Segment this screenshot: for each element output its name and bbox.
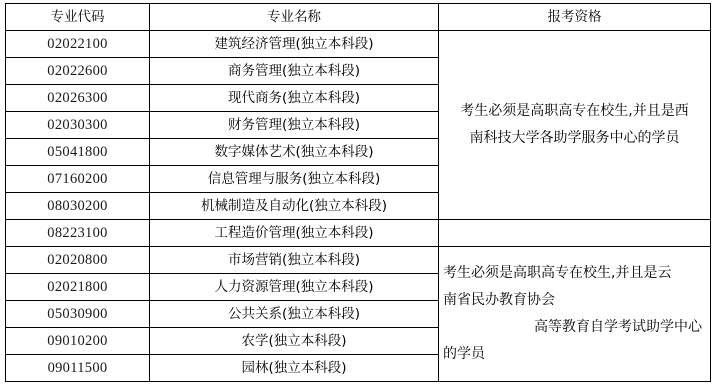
major-code: 08030200 (6, 193, 150, 220)
qualification-text: 南科技大学各助学服务中心的学员 (470, 130, 680, 146)
major-code: 05030900 (6, 301, 150, 328)
major-name: 人力资源管理(独立本科段) (150, 274, 439, 301)
qualification-text: 的学员 (443, 346, 485, 362)
table-row: 08223100 工程造价管理(独立本科段) (6, 220, 711, 247)
major-name: 市场营销(独立本科段) (150, 247, 439, 274)
major-name: 机械制造及自动化(独立本科段) (150, 193, 439, 220)
qualification-cell-3: 考生必须是高职高专在校生,并且是云 南省民办教育协会 高等教育自学考试助学中心 … (439, 247, 711, 382)
header-row: 专业代码 专业名称 报考资格 (6, 4, 711, 31)
major-name: 商务管理(独立本科段) (150, 58, 439, 85)
major-code: 07160200 (6, 166, 150, 193)
qualification-cell-2 (439, 220, 711, 247)
header-name: 专业名称 (150, 4, 439, 31)
major-name: 数字媒体艺术(独立本科段) (150, 139, 439, 166)
major-code: 09011500 (6, 355, 150, 382)
qualification-text: 考生必须是高职高专在校生,并且是西 (460, 103, 688, 119)
major-name: 工程造价管理(独立本科段) (150, 220, 439, 247)
header-qualification: 报考资格 (439, 4, 711, 31)
major-name: 公共关系(独立本科段) (150, 301, 439, 328)
table-row: 02020800 市场营销(独立本科段) 考生必须是高职高专在校生,并且是云 南… (6, 247, 711, 274)
major-qualification-table: 专业代码 专业名称 报考资格 02022100 建筑经济管理(独立本科段) 考生… (5, 3, 711, 382)
major-code: 02022100 (6, 31, 150, 58)
qualification-text: 高等教育自学考试助学中心 (443, 314, 706, 341)
major-code: 08223100 (6, 220, 150, 247)
major-code: 02021800 (6, 274, 150, 301)
major-code: 02020800 (6, 247, 150, 274)
qualification-text: 考生必须是高职高专在校生,并且是云 (443, 265, 671, 281)
major-code: 09010200 (6, 328, 150, 355)
qualification-cell-1: 考生必须是高职高专在校生,并且是西 南科技大学各助学服务中心的学员 (439, 31, 711, 220)
major-code: 02026300 (6, 85, 150, 112)
qualification-text: 南省民办教育协会 (443, 292, 555, 308)
major-code: 02022600 (6, 58, 150, 85)
major-name: 建筑经济管理(独立本科段) (150, 31, 439, 58)
header-code: 专业代码 (6, 4, 150, 31)
major-code: 05041800 (6, 139, 150, 166)
major-code: 02030300 (6, 112, 150, 139)
major-name: 现代商务(独立本科段) (150, 85, 439, 112)
major-name: 园林(独立本科段) (150, 355, 439, 382)
major-name: 农学(独立本科段) (150, 328, 439, 355)
major-name: 信息管理与服务(独立本科段) (150, 166, 439, 193)
major-name: 财务管理(独立本科段) (150, 112, 439, 139)
table-row: 02022100 建筑经济管理(独立本科段) 考生必须是高职高专在校生,并且是西… (6, 31, 711, 58)
